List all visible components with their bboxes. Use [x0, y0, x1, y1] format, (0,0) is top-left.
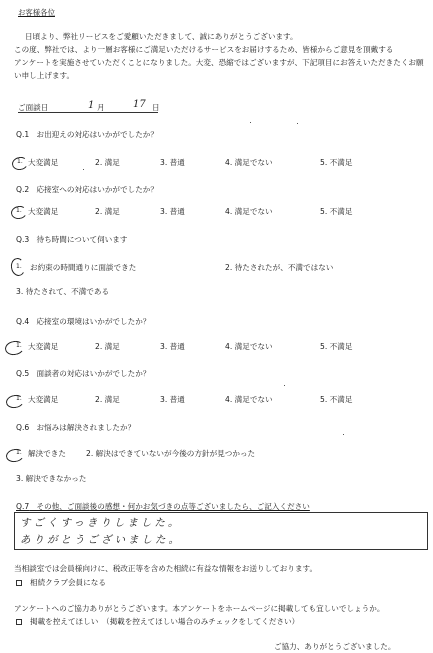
q4-option-4[interactable]: 4. 満足でない: [225, 343, 273, 351]
publish-checkbox-label: 掲載を控えてほしい: [30, 618, 98, 626]
intro-line-3: アンケートを実施させていただくことになりました。大変、恐縮ではございますが、下記…: [14, 59, 424, 67]
q7-label: Q.7 その他、ご面談後の感想・何かお気づきの点等ございましたら、ご記入ください: [16, 503, 310, 511]
q2-option-2[interactable]: 2. 満足: [95, 208, 120, 216]
publish-checkbox[interactable]: [16, 619, 22, 625]
q6-label: Q.6 お悩みは解決されましたか？: [16, 424, 135, 432]
q3-option-1-num[interactable]: 1.: [16, 264, 22, 270]
scan-speck: [83, 169, 84, 170]
intro-line-4: い申し上げます。: [14, 72, 74, 80]
scan-speck: [343, 434, 344, 435]
q6-option-1-num[interactable]: 1.: [16, 450, 22, 456]
q5-option-2[interactable]: 2. 満足: [95, 396, 120, 404]
q5-option-3[interactable]: 3. 普通: [160, 396, 185, 404]
comment-box[interactable]: すごくすっきりしました。 ありがとうございました。: [14, 512, 428, 550]
date-day-unit: 日: [152, 104, 160, 112]
date-underline: [18, 112, 158, 113]
q2-label: Q.2 応接室への対応はいかがでしたか？: [16, 186, 158, 194]
q2-option-1[interactable]: 大変満足: [28, 208, 58, 216]
q1-option-4[interactable]: 4. 満足でない: [225, 159, 273, 167]
q1-option-1-num[interactable]: 1.: [17, 159, 23, 165]
q5-option-1-num[interactable]: 1.: [16, 396, 22, 402]
q4-option-1[interactable]: 大変満足: [28, 343, 58, 351]
q1-option-3[interactable]: 3. 普通: [160, 159, 185, 167]
salutation: お客様各位: [18, 9, 55, 16]
q4-label: Q.4 応接室の環境はいかがでしたか？: [16, 318, 150, 326]
q1-label: Q.1 お出迎えの対応はいかがでしたか？: [16, 131, 158, 139]
q6-option-2[interactable]: 2. 解決はできていないが今後の方針が見つかった: [86, 450, 255, 458]
closing-text: ご協力、ありがとうございました。: [274, 643, 396, 651]
date-month-value[interactable]: 1: [88, 101, 94, 111]
date-day-value[interactable]: 17: [133, 100, 146, 110]
scan-speck: [284, 385, 285, 386]
scan-speck: [297, 123, 298, 124]
q3-option-3[interactable]: 3. 待たされて、不満である: [16, 288, 109, 296]
q6-option-3[interactable]: 3. 解決できなかった: [16, 475, 86, 483]
q5-option-1[interactable]: 大変満足: [28, 396, 58, 404]
intro-line-2: この度、弊社では、より一層お客様にご満足いただけるサービスをお届けするため、皆様…: [14, 46, 393, 54]
q1-option-1[interactable]: 大変満足: [28, 159, 58, 167]
q1-option-5[interactable]: 5. 不満足: [320, 159, 352, 167]
q5-option-4[interactable]: 4. 満足でない: [225, 396, 273, 404]
q2-option-1-num[interactable]: 1.: [16, 208, 22, 214]
q5-option-5[interactable]: 5. 不満足: [320, 396, 352, 404]
club-checkbox[interactable]: [16, 580, 22, 586]
club-notice: 当相談室では会員様向けに、税改正等を含めた相続に有益な情報をお送りしております。: [14, 565, 317, 573]
publish-checkbox-note: （掲載を控えてほしい場合のみチェックをしてください）: [102, 618, 299, 626]
comment-line-1: すごくすっきりしました。: [20, 518, 181, 529]
scan-speck: [250, 122, 251, 123]
q3-option-2[interactable]: 2. 待たされたが、不満ではない: [225, 264, 333, 272]
q2-option-5[interactable]: 5. 不満足: [320, 208, 352, 216]
q4-option-3[interactable]: 3. 普通: [160, 343, 185, 351]
q4-option-5[interactable]: 5. 不満足: [320, 343, 352, 351]
date-label: ご面談日: [18, 104, 48, 112]
q3-label: Q.3 待ち時間について伺います: [16, 236, 127, 244]
q3-option-1[interactable]: お約束の時間通りに面談できた: [30, 264, 136, 272]
date-month-unit: 月: [97, 104, 105, 112]
comment-line-2: ありがとうございました。: [20, 535, 182, 546]
q2-option-3[interactable]: 3. 普通: [160, 208, 185, 216]
publish-notice: アンケートへのご協力ありがとうございます。本アンケートをホームページに掲載しても…: [14, 605, 384, 613]
q6-option-1[interactable]: 解決できた: [28, 450, 66, 458]
q5-label: Q.5 面談者の対応はいかがでしたか？: [16, 370, 150, 378]
q4-option-2[interactable]: 2. 満足: [95, 343, 120, 351]
intro-line-1: 日頃より、弊社リービスをご愛顧いただきまして、誠にありがとうございます。: [25, 33, 298, 41]
q4-option-1-num[interactable]: 1.: [16, 343, 22, 349]
club-checkbox-label: 相続クラブ会員になる: [30, 579, 106, 587]
q2-option-4[interactable]: 4. 満足でない: [225, 208, 273, 216]
q1-option-2[interactable]: 2. 満足: [95, 159, 120, 167]
